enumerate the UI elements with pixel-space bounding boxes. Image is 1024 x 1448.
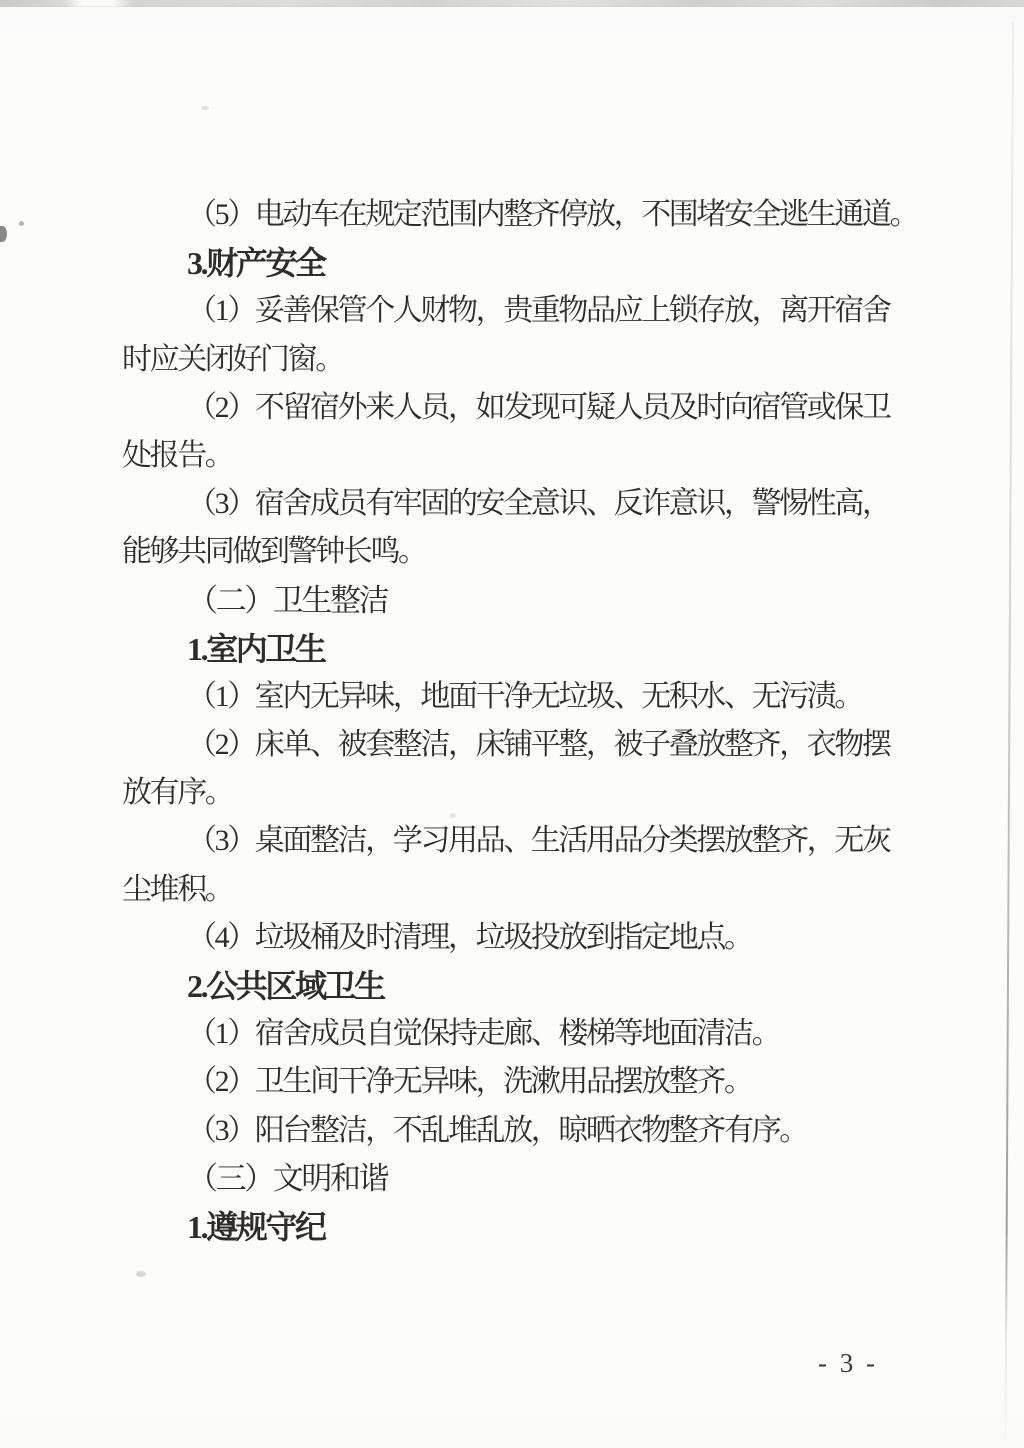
subsection-heading: 1.室内卫生	[122, 625, 922, 673]
text-line: （1）妥善保管个人财物，贵重物品应上锁存放，离开宿舍	[122, 287, 922, 335]
scan-speck	[201, 106, 209, 110]
text-line: （4）垃圾桶及时清理，垃圾投放到指定地点。	[122, 914, 922, 962]
text-line: （3）阳台整洁，不乱堆乱放，晾晒衣物整齐有序。	[122, 1107, 922, 1155]
document-page: （5）电动车在规定范围内整齐停放，不围堵安全逃生通道。 3.财产安全 （1）妥善…	[0, 0, 1024, 1448]
text-line: （2）卫生间干净无异味，洗漱用品摆放整齐。	[122, 1058, 922, 1106]
page-number: - 3 -	[818, 1348, 878, 1379]
text-line: （3）桌面整洁，学习用品、生活用品分类摆放整齐，无灰	[122, 817, 922, 865]
subsection-heading: 3.财产安全	[122, 239, 922, 287]
subsection-heading: 2.公共区域卫生	[122, 962, 922, 1010]
text-line: （3）宿舍成员有牢固的安全意识、反诈意识，警惕性高，	[122, 480, 922, 528]
document-content: （5）电动车在规定范围内整齐停放，不围堵安全逃生通道。 3.财产安全 （1）妥善…	[122, 191, 922, 1251]
scan-speck	[136, 1271, 146, 1277]
section-heading: （二）卫生整洁	[122, 577, 922, 625]
text-line: （2）不留宿外来人员，如发现可疑人员及时向宿管或保卫	[122, 384, 922, 432]
text-line: （1）宿舍成员自觉保持走廊、楼梯等地面清洁。	[122, 1010, 922, 1058]
subsection-heading: 1.遵规守纪	[122, 1203, 922, 1251]
scan-edge-right	[1005, 22, 1014, 1442]
text-line: （1）室内无异味，地面干净无垃圾、无积水、无污渍。	[122, 673, 922, 721]
text-line: （5）电动车在规定范围内整齐停放，不围堵安全逃生通道。	[122, 191, 922, 239]
text-line: 时应关闭好门窗。	[122, 336, 922, 384]
scan-edge-top	[0, 0, 1024, 7]
text-line: 处报告。	[122, 432, 922, 480]
scan-speck	[0, 226, 7, 242]
scan-speck	[19, 221, 24, 226]
text-line: 放有序。	[122, 769, 922, 817]
text-line: （2）床单、被套整洁，床铺平整，被子叠放整齐，衣物摆	[122, 721, 922, 769]
section-heading: （三）文明和谐	[122, 1155, 922, 1203]
text-line: 能够共同做到警钟长鸣。	[122, 528, 922, 576]
text-line: 尘堆积。	[122, 866, 922, 914]
